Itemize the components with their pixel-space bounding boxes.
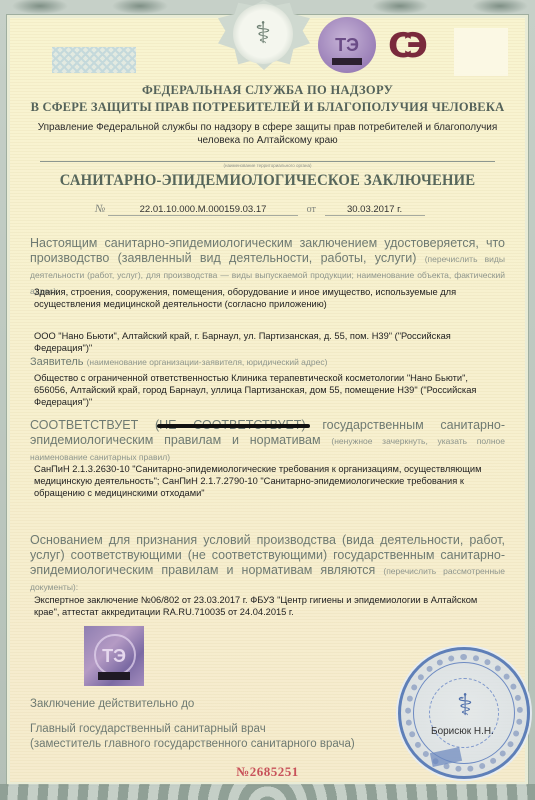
document-title: САНИТАРНО-ЭПИДЕМИОЛОГИЧЕСКОЕ ЗАКЛЮЧЕНИЕ xyxy=(13,172,521,190)
hologram-icon: ТЭ xyxy=(318,17,376,73)
chief-doctor-title: Главный государственный санитарный врач … xyxy=(30,722,355,752)
hologram-ring xyxy=(94,634,136,676)
expert-conclusion: Экспертное заключение №06/802 от 23.03.2… xyxy=(34,594,504,618)
form-serial-number: №2685251 xyxy=(0,764,535,780)
site-address: ООО "Нано Бьюти", Алтайский край, г. Бар… xyxy=(34,330,504,354)
applicant-value: Общество с ограниченной ответственностью… xyxy=(34,372,504,408)
struck-not-complies: НЕ СООТВЕТСТВУЕТ) xyxy=(159,418,305,432)
office-caption: (наименование территориального органа) xyxy=(0,163,535,168)
document-date: 30.03.2017 г. xyxy=(325,204,425,216)
regional-office: Управление Федеральной службы по надзору… xyxy=(30,121,505,147)
document-number: 22.01.10.000.М.000159.03.17 xyxy=(108,204,298,216)
applicant-hint: (наименование организации-заявителя, юри… xyxy=(87,357,328,367)
date-label: от xyxy=(307,204,316,215)
official-seal-icon: ⚕ Борисюк Н.Н. xyxy=(398,647,530,779)
bottom-border xyxy=(0,784,535,800)
seal-eagle-icon: ⚕ xyxy=(445,686,485,726)
compliance-paragraph: СООТВЕТСТВУЕТ (НЕ СООТВЕТСТВУЕТ) государ… xyxy=(30,418,505,465)
russian-eagle-emblem-icon: ⚕ xyxy=(233,4,293,64)
doctor-line2: (заместитель главного государственного с… xyxy=(30,737,355,752)
agency-title-line2: В СФЕРЕ ЗАЩИТЫ ПРАВ ПОТРЕБИТЕЛЕЙ И БЛАГО… xyxy=(0,100,535,115)
basis-paragraph: Основанием для признания условий произво… xyxy=(30,533,505,595)
hologram-serial xyxy=(332,58,362,65)
hologram-sticker-icon: ТЭ xyxy=(84,626,144,686)
document-number-row: № 22.01.10.000.М.000159.03.17 от 30.03.2… xyxy=(95,203,425,216)
number-label: № xyxy=(95,203,105,215)
applicant-label: Заявитель xyxy=(30,356,84,368)
complies-text: СООТВЕТСТВУЕТ ( xyxy=(30,418,159,432)
hologram-sticker-serial xyxy=(98,672,130,680)
activity-value: Здания, строения, сооружения, помещения,… xyxy=(34,286,504,310)
applicant-label-row: Заявитель (наименование организации-заяв… xyxy=(30,356,327,368)
signer-name: Борисюк Н.Н. xyxy=(431,726,494,737)
blank-field xyxy=(454,28,508,76)
hologram-text: ТЭ xyxy=(335,35,359,56)
se-logo-icon: СЭ xyxy=(388,30,448,62)
divider xyxy=(40,161,495,162)
agency-title-line1: ФЕДЕРАЛЬНАЯ СЛУЖБА ПО НАДЗОРУ xyxy=(0,83,535,98)
sanitary-rules: СанПиН 2.1.3.2630-10 "Санитарно-эпидемио… xyxy=(34,463,504,499)
doctor-line1: Главный государственный санитарный врач xyxy=(30,722,355,737)
guilloche-pattern xyxy=(52,47,136,73)
valid-until-label: Заключение действительно до xyxy=(30,698,194,710)
